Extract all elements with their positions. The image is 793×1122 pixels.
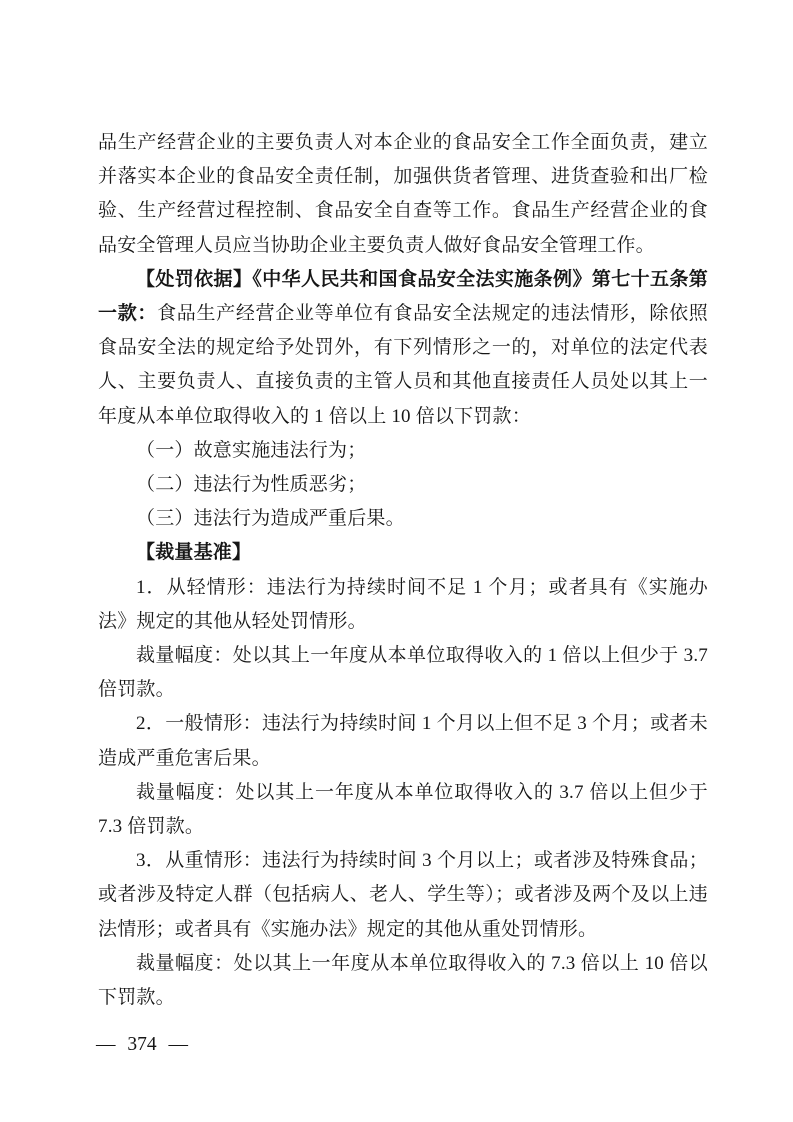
paragraph: 裁量幅度：处以其上一年度从本单位取得收入的 1 倍以上但少于 3.7 倍罚款。 xyxy=(98,639,708,707)
paragraph: 【处罚依据】《中华人民共和国食品安全法实施条例》第七十五条第一款：食品生产经营企… xyxy=(98,263,708,434)
bold-text-run: 【裁量基准】 xyxy=(136,542,251,563)
paragraph: 【裁量基准】 xyxy=(98,536,708,570)
page-number: — 374 — xyxy=(96,1034,188,1055)
text-run: （三）违法行为造成严重后果。 xyxy=(136,508,405,529)
page-footer: — 374 — xyxy=(96,1030,188,1060)
document-page: 品生产经营企业的主要负责人对本企业的食品安全工作全面负责，建立并落实本企业的食品… xyxy=(0,0,793,1122)
paragraph: 2．一般情形：违法行为持续时间 1 个月以上但不足 3 个月；或者未造成严重危害… xyxy=(98,707,708,775)
text-run: （一）故意实施违法行为； xyxy=(136,440,366,461)
paragraph: （一）故意实施违法行为； xyxy=(98,434,708,468)
paragraph: 裁量幅度：处以其上一年度从本单位取得收入的 7.3 倍以上 10 倍以下罚款。 xyxy=(98,947,708,1015)
paragraph: 1．从轻情形：违法行为持续时间不足 1 个月；或者具有《实施办法》规定的其他从轻… xyxy=(98,571,708,639)
text-run: 3．从重情形：违法行为持续时间 3 个月以上；或者涉及特殊食品；或者涉及特定人群… xyxy=(98,850,708,939)
text-run: 2．一般情形：违法行为持续时间 1 个月以上但不足 3 个月；或者未造成严重危害… xyxy=(98,713,708,768)
text-run: 裁量幅度：处以其上一年度从本单位取得收入的 1 倍以上但少于 3.7 倍罚款。 xyxy=(98,645,708,700)
paragraph: 3．从重情形：违法行为持续时间 3 个月以上；或者涉及特殊食品；或者涉及特定人群… xyxy=(98,844,708,947)
paragraph: 裁量幅度：处以其上一年度从本单位取得收入的 3.7 倍以上但少于 7.3 倍罚款… xyxy=(98,776,708,844)
text-run: 裁量幅度：处以其上一年度从本单位取得收入的 3.7 倍以上但少于 7.3 倍罚款… xyxy=(98,782,708,837)
text-run: （二）违法行为性质恶劣； xyxy=(136,474,366,495)
paragraph: （三）违法行为造成严重后果。 xyxy=(98,502,708,536)
text-run: 1．从轻情形：违法行为持续时间不足 1 个月；或者具有《实施办法》规定的其他从轻… xyxy=(98,577,708,632)
text-run: 裁量幅度：处以其上一年度从本单位取得收入的 7.3 倍以上 10 倍以下罚款。 xyxy=(98,953,708,1008)
text-run: 品生产经营企业的主要负责人对本企业的食品安全工作全面负责，建立并落实本企业的食品… xyxy=(98,132,708,256)
text-run: 食品生产经营企业等单位有食品安全法规定的违法情形，除依照食品安全法的规定给予处罚… xyxy=(98,303,708,427)
paragraph: 品生产经营企业的主要负责人对本企业的食品安全工作全面负责，建立并落实本企业的食品… xyxy=(98,126,708,263)
document-body: 品生产经营企业的主要负责人对本企业的食品安全工作全面负责，建立并落实本企业的食品… xyxy=(98,126,708,1015)
paragraph: （二）违法行为性质恶劣； xyxy=(98,468,708,502)
